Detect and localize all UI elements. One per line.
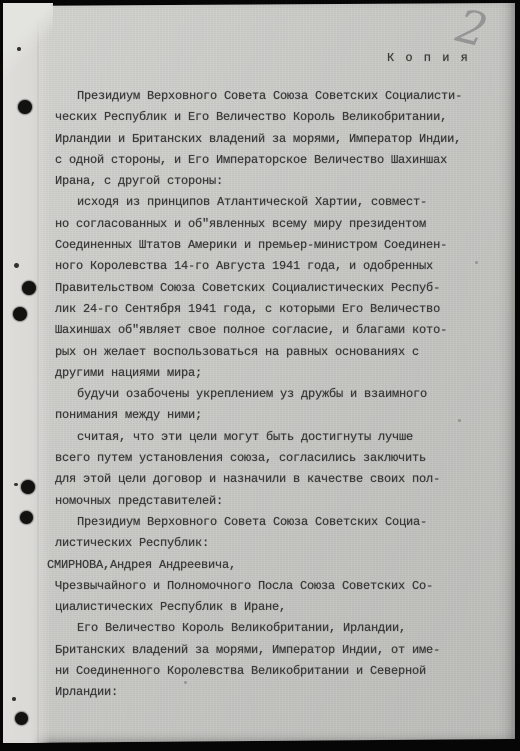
hole-punch-mark — [13, 307, 27, 321]
text-line: лик 24-го Сентября 1941 года, с которыми… — [55, 299, 500, 320]
ink-speck — [12, 697, 16, 701]
document-text: Президиум Верховного Совета Союза Советс… — [55, 86, 500, 704]
hole-punch-mark — [18, 100, 32, 114]
text-line: Шахиншах об"являет свое полное согласие,… — [55, 320, 500, 341]
ink-speck — [17, 47, 21, 51]
text-line: листических Республик: — [55, 533, 500, 554]
text-line: будучи озабочены укреплением уз дружбы и… — [77, 384, 500, 405]
ink-speck — [14, 263, 19, 268]
text-line: Ирана, с другой стороны: — [55, 171, 500, 192]
copy-label: К о п и я — [387, 51, 470, 65]
text-line: Ирландии: — [55, 682, 500, 703]
text-line: Его Величество Король Великобритании, Ир… — [77, 618, 500, 639]
text-line: исходя из принципов Атлантической Хартии… — [77, 192, 500, 213]
hole-punch-mark — [15, 712, 28, 725]
text-line: понимания между ними; — [55, 405, 500, 426]
text-line: номочных представителей: — [55, 491, 500, 512]
hole-punch-mark — [22, 281, 36, 295]
text-line: Ирландии и Британских владений за морями… — [55, 129, 500, 150]
text-line: ного Королевства 14-го Августа 1941 года… — [55, 256, 500, 277]
paper-speck — [458, 419, 461, 422]
hole-punch-mark — [20, 511, 33, 524]
text-line: с одной стороны, и Его Императорское Вел… — [55, 150, 500, 171]
hole-punch-mark — [21, 480, 35, 494]
text-line: Британских владений за морями, Император… — [55, 640, 500, 661]
text-line: ческих Республик и Его Величество Король… — [55, 107, 500, 128]
text-line: другими нациями мира; — [55, 363, 500, 384]
text-line: считая, что эти цели могут быть достигну… — [77, 427, 500, 448]
corner-fold — [3, 3, 53, 81]
text-line: всего путем установления союза, согласил… — [55, 448, 500, 469]
text-line: для этой цели договор и назначили в каче… — [55, 469, 500, 490]
binding-margin — [3, 3, 51, 743]
text-line: Президиум Верховного Совета Союза Советс… — [77, 86, 500, 107]
paper-speck — [184, 681, 187, 684]
text-line: Соединенных Штатов Америки и премьер-мин… — [55, 235, 500, 256]
text-line: Чрезвычайного и Полномочного Посла Союза… — [55, 576, 500, 597]
scanned-document-screenshot: { "document": { "page_number": "2", "hea… — [0, 0, 520, 751]
text-line: но согласованных и об"явленных всему мир… — [55, 214, 500, 235]
text-line: ни Соединенного Королевства Великобритан… — [55, 661, 500, 682]
text-line: циалистических Республик в Иране, — [55, 597, 500, 618]
text-line: Правительством Союза Советских Социалист… — [55, 278, 500, 299]
text-line: рых он желает воспользоваться на равных … — [55, 342, 500, 363]
text-line: СМИРНОВА,Андрея Андреевича, — [47, 555, 500, 576]
ink-speck — [14, 483, 18, 486]
text-line: Президиум Верховного Совета Союза Советс… — [77, 512, 500, 533]
paper-speck — [475, 261, 478, 264]
